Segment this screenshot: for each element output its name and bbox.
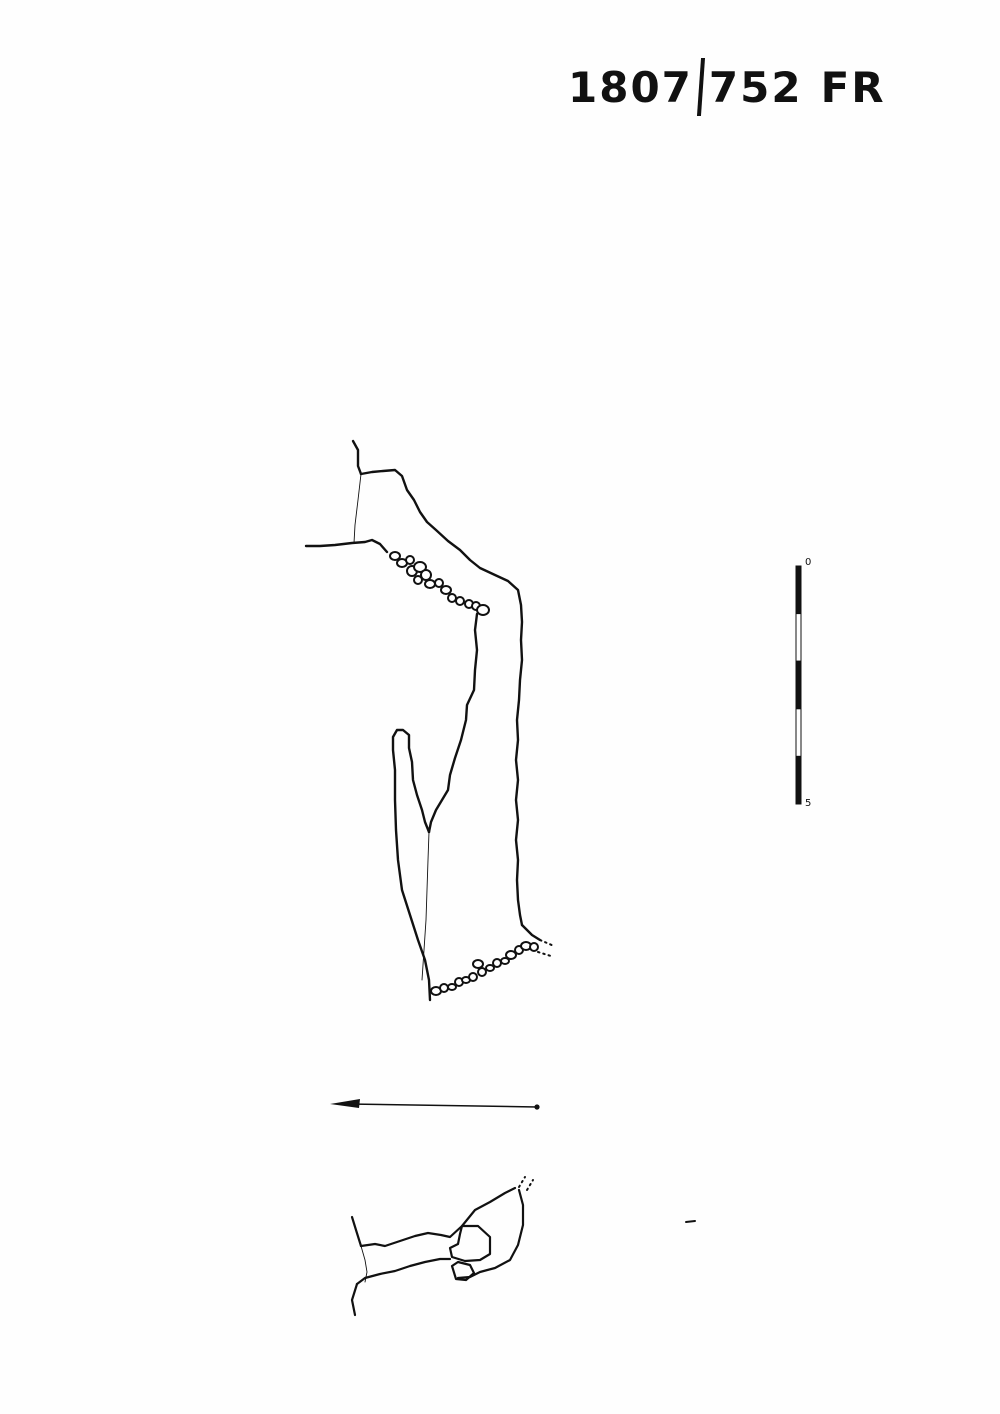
stone-row-upper [390,552,489,615]
plan-outline [306,441,540,1000]
section-profile [352,1188,523,1315]
scale-bar-segment [796,566,801,614]
scale-bar-segment [796,756,801,804]
scale-bar [796,566,801,804]
scale-label-start: 0 [805,557,811,568]
stone-row-lower [431,942,538,995]
scale-bar-segment [796,709,801,757]
arrow-left-icon [330,1099,360,1108]
section-lines [354,474,429,980]
feature-drawing [0,0,1000,1414]
scale-bar-segment [796,661,801,709]
scale-label-end: 5 [805,798,811,809]
north-arrow [330,1099,540,1110]
scale-bar-segment [796,614,801,662]
dotted-continuation [519,940,554,1190]
drawing-sheet: 1807752FR [0,0,1000,1414]
section-profile-thin [361,1246,367,1282]
stray-mark [686,1221,695,1222]
